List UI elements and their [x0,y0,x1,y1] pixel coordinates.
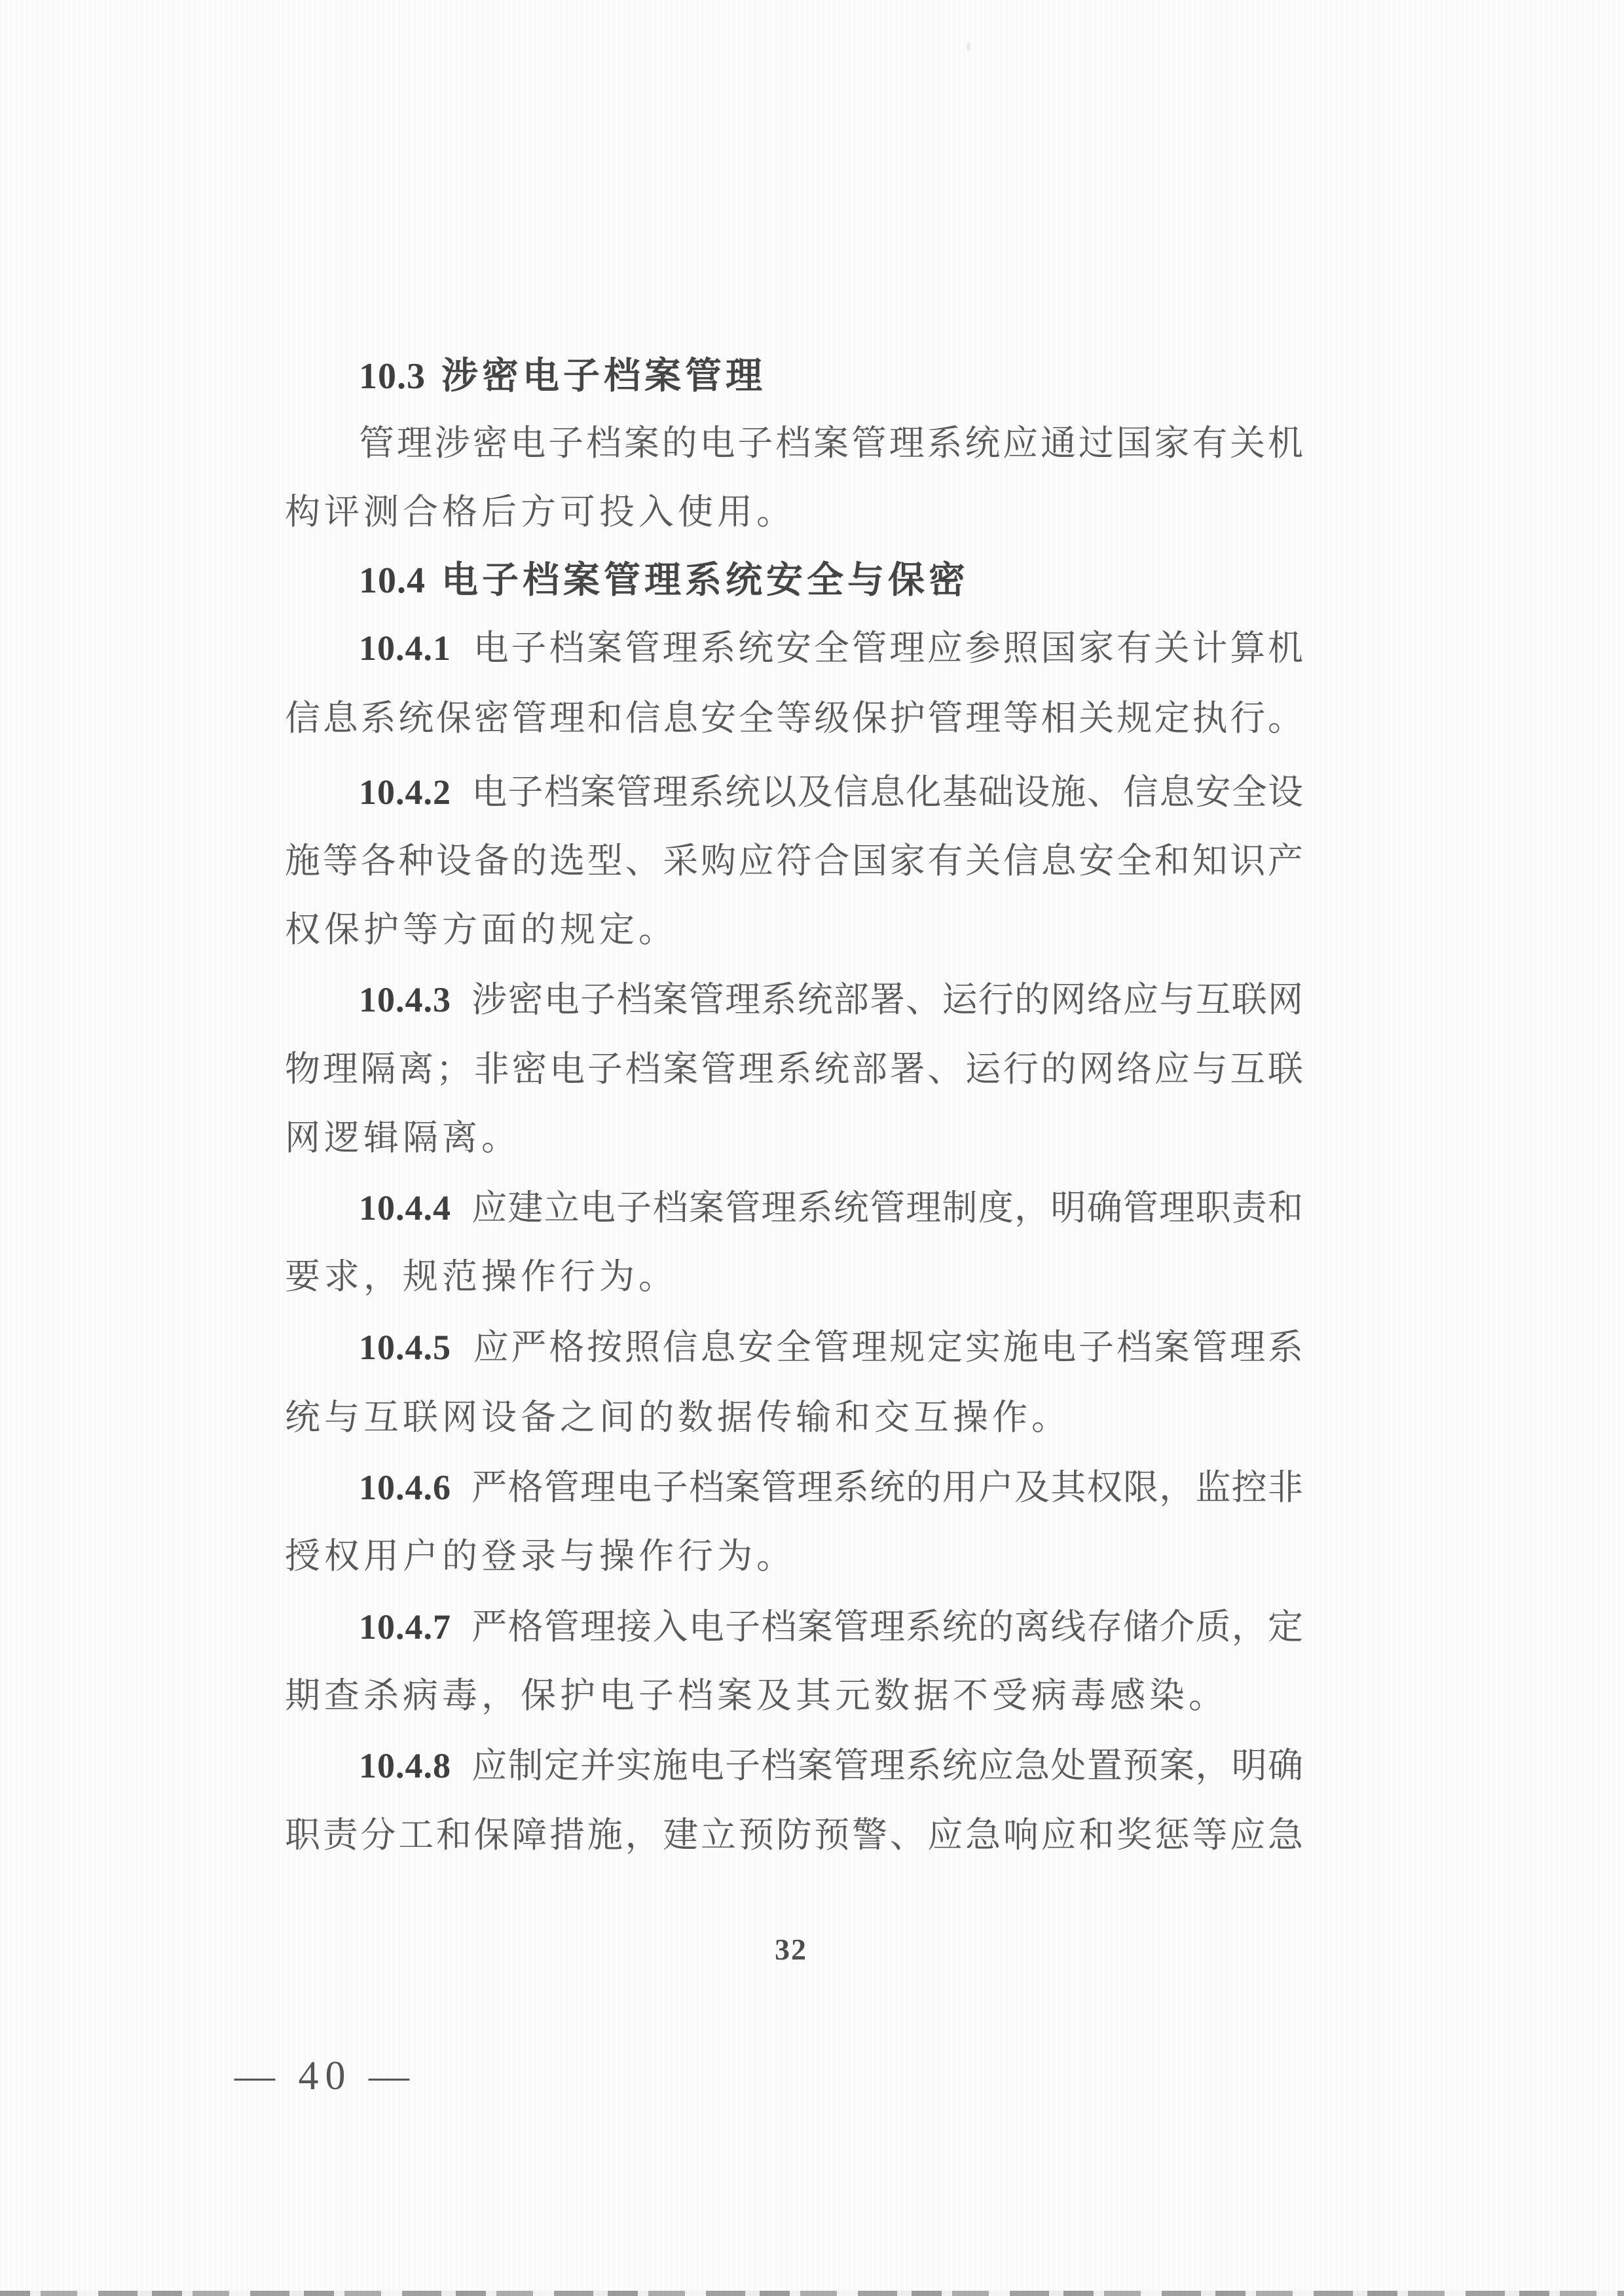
line-text: 应建立电子档案管理系统管理制度，明确管理职责和 [471,1188,1303,1228]
line-text: 严格管理电子档案管理系统的用户及其权限，监控非 [471,1468,1303,1507]
clause-number: 10.4.3 [359,980,451,1019]
paragraph-line: 授权用户的登录与操作行为。 [285,1535,796,1579]
paragraph-line: 10.4.8应制定并实施电子档案管理系统应急处置预案，明确 [359,1744,1303,1789]
paragraph-line: 物理隔离；非密电子档案管理系统部署、运行的网络应与互联 [285,1048,1303,1092]
paragraph-line: 施等各种设备的选型、采购应符合国家有关信息安全和知识产 [285,839,1303,884]
line-text: 电子档案管理系统以及信息化基础设施、信息安全设 [471,773,1303,812]
paragraph-line: 10.4.6严格管理电子档案管理系统的用户及其权限，监控非 [359,1466,1303,1510]
line-text: 网逻辑隔离。 [285,1118,521,1157]
paragraph-line: 网逻辑隔离。 [285,1116,521,1161]
scan-speck [967,42,970,51]
page-number-inner: 32 [775,1935,807,1965]
paragraph-line: 10.4.4应建立电子档案管理系统管理制度，明确管理职责和 [359,1186,1303,1231]
line-text: 涉密电子档案管理系统部署、运行的网络应与互联网 [471,980,1303,1019]
section-number: 10.3 [359,356,426,397]
line-text: 职责分工和保障措施，建立预防预警、应急响应和奖惩等应急 [285,1815,1303,1855]
clause-number: 10.4.5 [359,1328,451,1367]
line-text: 构评测合格后方可投入使用。 [285,492,796,532]
clause-number: 10.4.6 [359,1468,451,1507]
line-text: 应制定并实施电子档案管理系统应急处置预案，明确 [471,1746,1303,1785]
line-text: 物理隔离；非密电子档案管理系统部署、运行的网络应与互联 [285,1049,1303,1089]
paragraph-line: 构评测合格后方可投入使用。 [285,490,796,535]
line-text: 应严格按照信息安全管理规定实施电子档案管理系 [471,1328,1303,1367]
section-heading-10-4: 10.4电子档案管理系统安全与保密 [359,558,969,604]
line-text: 要求，规范操作行为。 [285,1257,678,1296]
section-number: 10.4 [359,560,426,601]
scan-edge-artifact [0,2291,1624,2296]
paragraph-line: 10.4.3涉密电子档案管理系统部署、运行的网络应与互联网 [359,978,1303,1023]
clause-number: 10.4.2 [359,773,451,812]
paragraph-line: 要求，规范操作行为。 [285,1255,678,1300]
paragraph-line: 管理涉密电子档案的电子档案管理系统应通过国家有关机 [359,422,1303,466]
clause-number: 10.4.1 [359,629,451,668]
section-heading-10-3: 10.3涉密电子档案管理 [359,354,766,399]
line-text: 授权用户的登录与操作行为。 [285,1537,796,1576]
line-text: 权保护等方面的规定。 [285,910,678,949]
line-text: 管理涉密电子档案的电子档案管理系统应通过国家有关机 [359,424,1303,463]
line-text: 电子档案管理系统安全管理应参照国家有关计算机 [471,629,1303,668]
paragraph-line: 10.4.7严格管理接入电子档案管理系统的离线存储介质，定 [359,1605,1303,1650]
paragraph-line: 统与互联网设备之间的数据传输和交互操作。 [285,1396,1071,1440]
paragraph-line: 信息系统保密管理和信息安全等级保护管理等相关规定执行。 [285,697,1303,741]
paragraph-line: 10.4.1电子档案管理系统安全管理应参照国家有关计算机 [359,627,1303,671]
scanned-document-page: 10.3涉密电子档案管理 管理涉密电子档案的电子档案管理系统应通过国家有关机 构… [0,0,1624,2296]
paragraph-line: 职责分工和保障措施，建立预防预警、应急响应和奖惩等应急 [285,1813,1303,1858]
section-title: 涉密电子档案管理 [441,356,766,397]
line-text: 统与互联网设备之间的数据传输和交互操作。 [285,1398,1071,1437]
line-text: 严格管理接入电子档案管理系统的离线存储介质，定 [471,1607,1303,1647]
section-title: 电子档案管理系统安全与保密 [441,560,969,601]
line-text: 施等各种设备的选型、采购应符合国家有关信息安全和知识产 [285,841,1303,881]
paragraph-line: 期查杀病毒，保护电子档案及其元数据不受病毒感染。 [285,1674,1228,1719]
line-text: 信息系统保密管理和信息安全等级保护管理等相关规定执行。 [285,699,1303,738]
line-text: 期查杀病毒，保护电子档案及其元数据不受病毒感染。 [285,1676,1228,1715]
clause-number: 10.4.4 [359,1188,451,1228]
page-number-outer: — 40 — [234,2056,416,2096]
clause-number: 10.4.7 [359,1607,451,1647]
paragraph-line: 权保护等方面的规定。 [285,908,678,953]
clause-number: 10.4.8 [359,1746,451,1785]
paragraph-line: 10.4.5应严格按照信息安全管理规定实施电子档案管理系 [359,1326,1303,1370]
paragraph-line: 10.4.2电子档案管理系统以及信息化基础设施、信息安全设 [359,771,1303,815]
